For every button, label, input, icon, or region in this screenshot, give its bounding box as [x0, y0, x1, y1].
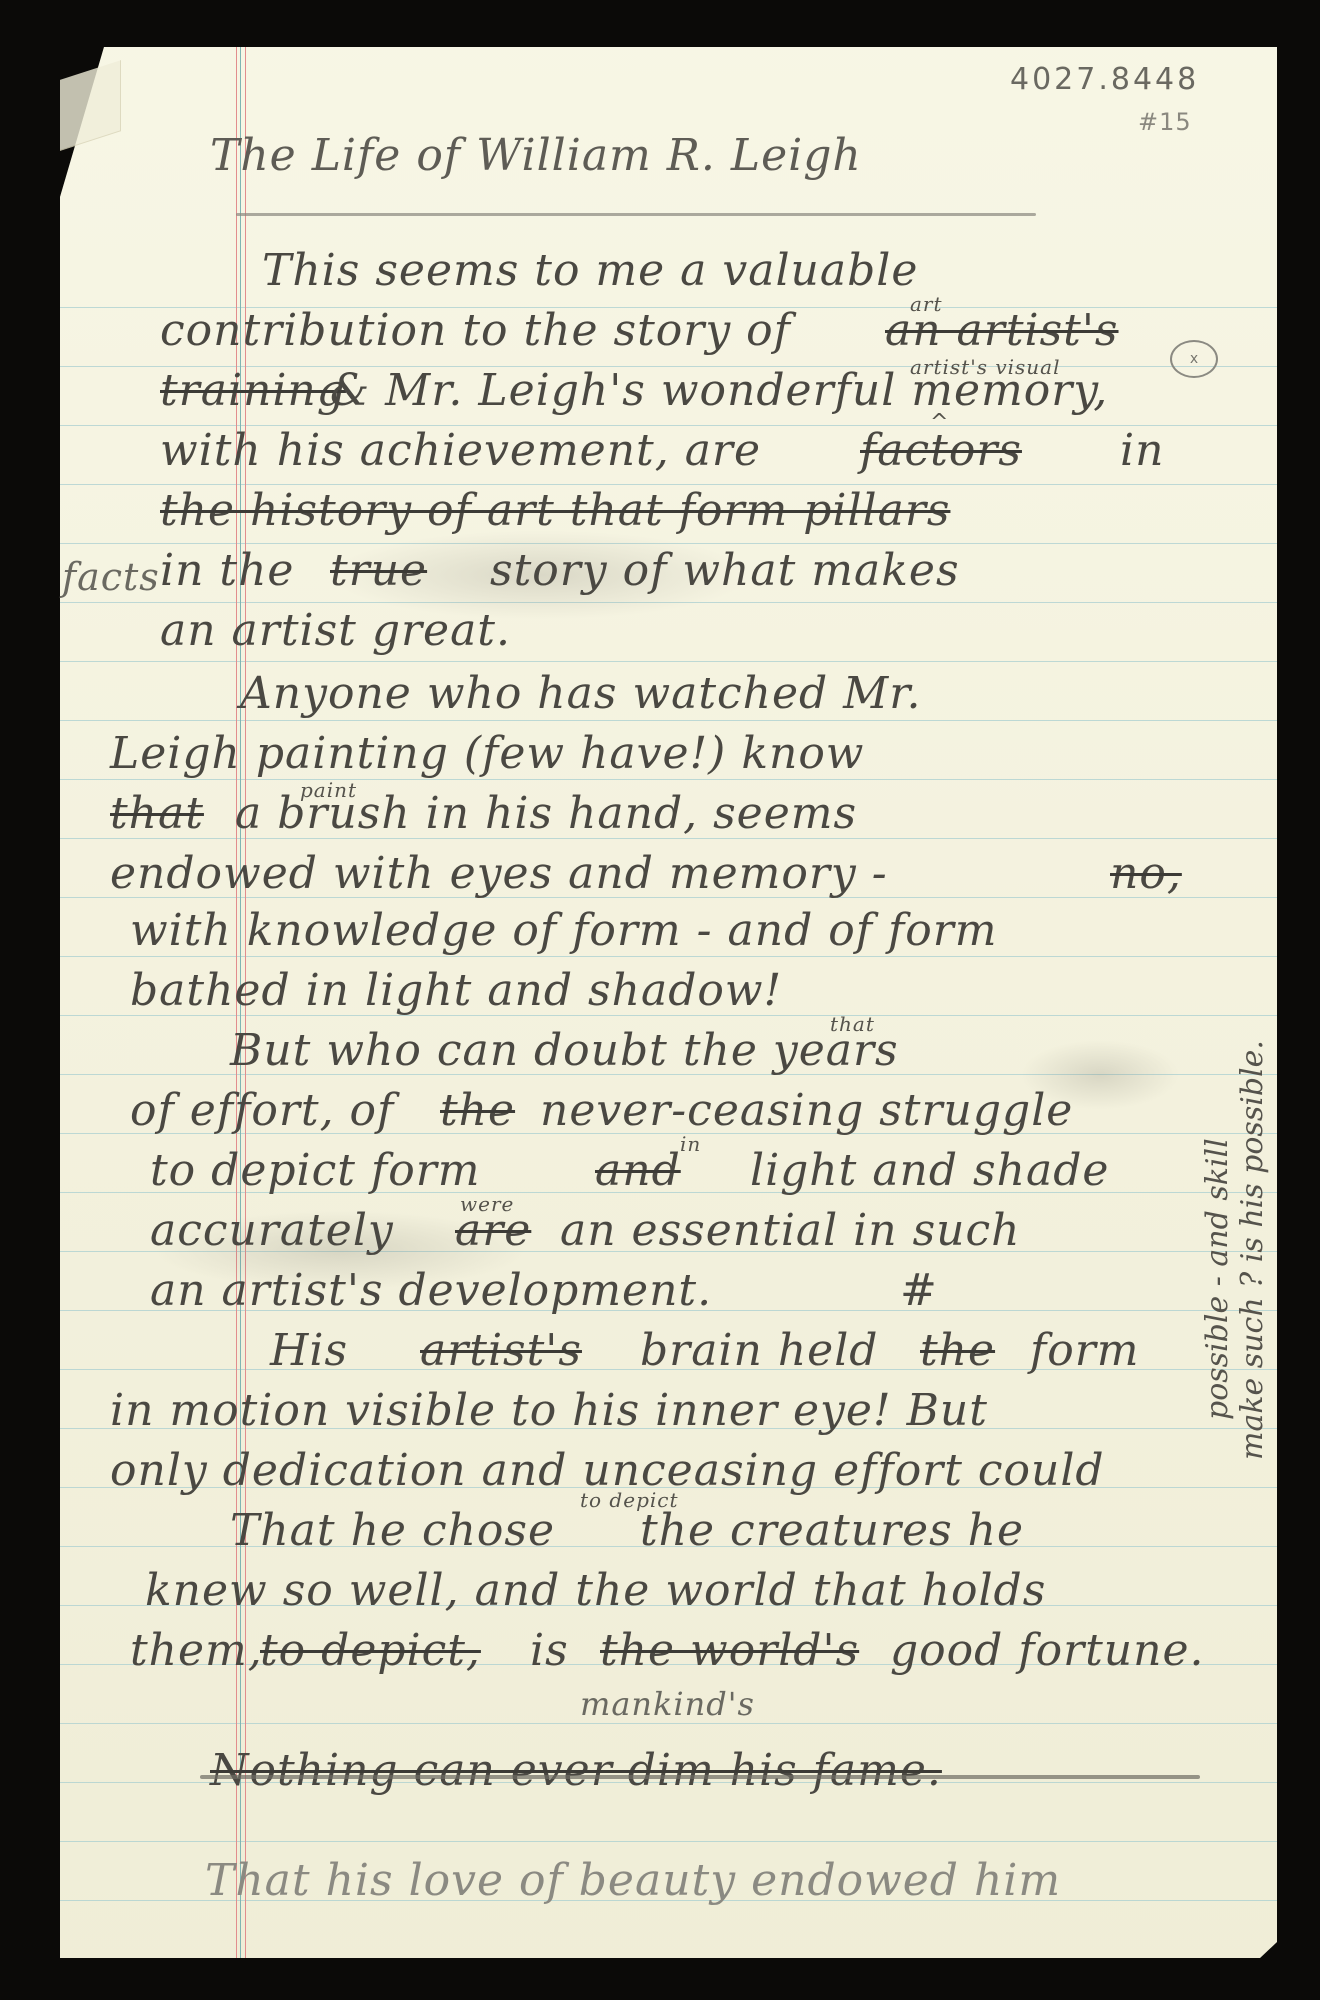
text-line: them, [130, 1625, 263, 1676]
struck-text: to depict, [260, 1625, 481, 1676]
struck-text: that [110, 788, 204, 839]
text-line: a brush in his hand, seems [235, 788, 857, 839]
strike-through-line [200, 1775, 1200, 1779]
text-line: endowed with eyes and memory - [110, 848, 888, 899]
struck-text: an artist's [885, 305, 1119, 356]
struck-text: are [455, 1205, 531, 1256]
struck-text: the world's [600, 1625, 859, 1676]
rule-line [60, 956, 1277, 957]
text-line: His [270, 1325, 348, 1376]
text-line: the creatures he [640, 1505, 1024, 1556]
text-line: accurately [150, 1205, 394, 1256]
text-line: Anyone who has watched Mr. [240, 668, 921, 719]
margin-note-facts: facts [62, 555, 160, 599]
struck-text: Nothing can ever dim his fame. [210, 1745, 942, 1796]
text-line: with knowledge of form - and of form [130, 905, 998, 956]
text-line: in motion visible to his inner eye! But [110, 1385, 988, 1436]
struck-text: the [440, 1085, 515, 1136]
struck-text: the history of art that form pillars [160, 485, 950, 536]
text-line: of effort, of [130, 1085, 394, 1136]
rule-line [60, 661, 1277, 662]
text-line: in the [160, 545, 294, 596]
paragraph-mark: # [900, 1265, 938, 1316]
insertion: in [680, 1132, 701, 1156]
title-underline [236, 213, 1036, 216]
text-line: is [530, 1625, 569, 1676]
item-number: #15 [1138, 108, 1192, 136]
text-line: to depict form [150, 1145, 480, 1196]
rule-line [60, 1841, 1277, 1842]
text-line: This seems to me a valuable [262, 245, 918, 296]
struck-text: true [330, 545, 427, 596]
text-line: light and shade [750, 1145, 1109, 1196]
text-line: Leigh painting (few have!) know [110, 728, 864, 779]
insertion: mankind's [580, 1685, 755, 1723]
text-line: an artist great. [160, 605, 511, 656]
rule-line [60, 779, 1277, 780]
struck-text: no, [1110, 848, 1182, 899]
struck-text: artist's [420, 1325, 582, 1376]
text-line: knew so well, and the world that holds [145, 1565, 1046, 1616]
struck-text: training [160, 365, 346, 416]
catalog-number: 4027.8448 [1010, 62, 1199, 97]
text-line: an artist's development. [150, 1265, 712, 1316]
struck-text: and [595, 1145, 681, 1196]
text-line: That he chose [230, 1505, 555, 1556]
text-line: That his love of beauty endowed him [205, 1855, 1061, 1906]
rule-line [60, 720, 1277, 721]
text-line: never-ceasing struggle [540, 1085, 1073, 1136]
text-line: in [1120, 425, 1164, 476]
text-line: an essential in such [560, 1205, 1020, 1256]
text-line: brain held [640, 1325, 878, 1376]
document-title: The Life of William R. Leigh [210, 130, 862, 181]
text-line: good fortune. [890, 1625, 1205, 1676]
vertical-margin-note: make such ? is his possible. [1235, 1040, 1270, 1460]
text-line: & Mr. Leigh's wonderful memory, [330, 365, 1108, 416]
text-line: contribution to the story of [160, 305, 791, 356]
text-line: form [1030, 1325, 1140, 1376]
rule-line [60, 1723, 1277, 1724]
text-line: But who can doubt the years [230, 1025, 899, 1076]
struck-text: factors [860, 425, 1022, 476]
struck-text: the [920, 1325, 995, 1376]
vertical-margin-note: possible - and skill [1200, 1138, 1235, 1420]
text-line: story of what makes [490, 545, 960, 596]
circled-x-mark: x [1170, 340, 1218, 378]
text-line: with his achievement, are [160, 425, 761, 476]
text-line: bathed in light and shadow! [130, 965, 782, 1016]
